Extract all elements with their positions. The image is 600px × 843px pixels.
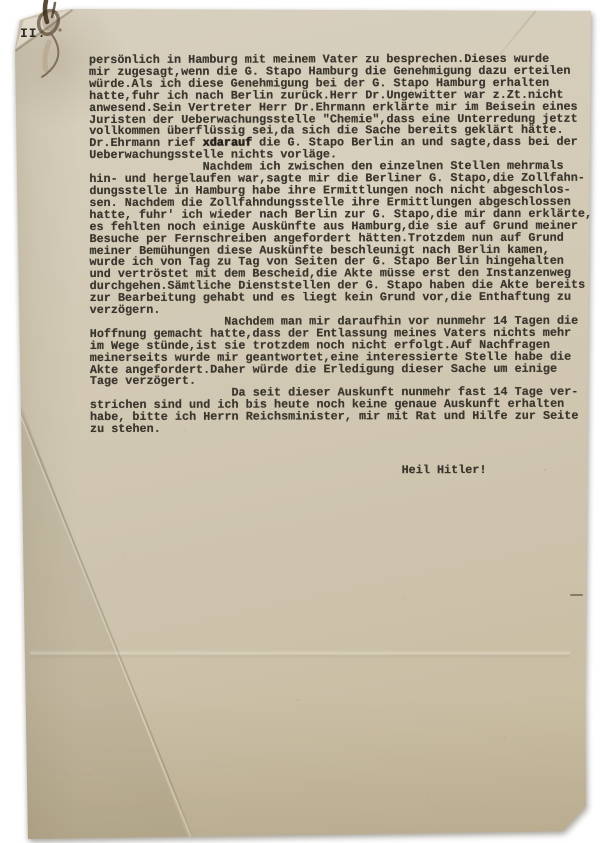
- page-number: II.: [20, 26, 46, 41]
- document-scan: II. persönlich in Hamburg mit meinem Vat…: [0, 0, 600, 843]
- letter-line: zu stehen.: [90, 423, 595, 436]
- closing-salute: Heil Hitler!: [90, 465, 595, 478]
- folded-corner-bottom-right: [563, 806, 586, 831]
- letter-body: persönlich in Hamburg mit meinem Vater z…: [89, 54, 595, 478]
- letter-line: habe, bitte ich Herrn Reichsminister, mi…: [90, 411, 595, 424]
- letter-line: zur Bearbeitung gehabt und es liegt kein…: [90, 292, 595, 305]
- paper-crease-horizontal: [30, 650, 570, 659]
- edge-tear-mark: [570, 594, 583, 596]
- ink-blot: [20, 0, 80, 85]
